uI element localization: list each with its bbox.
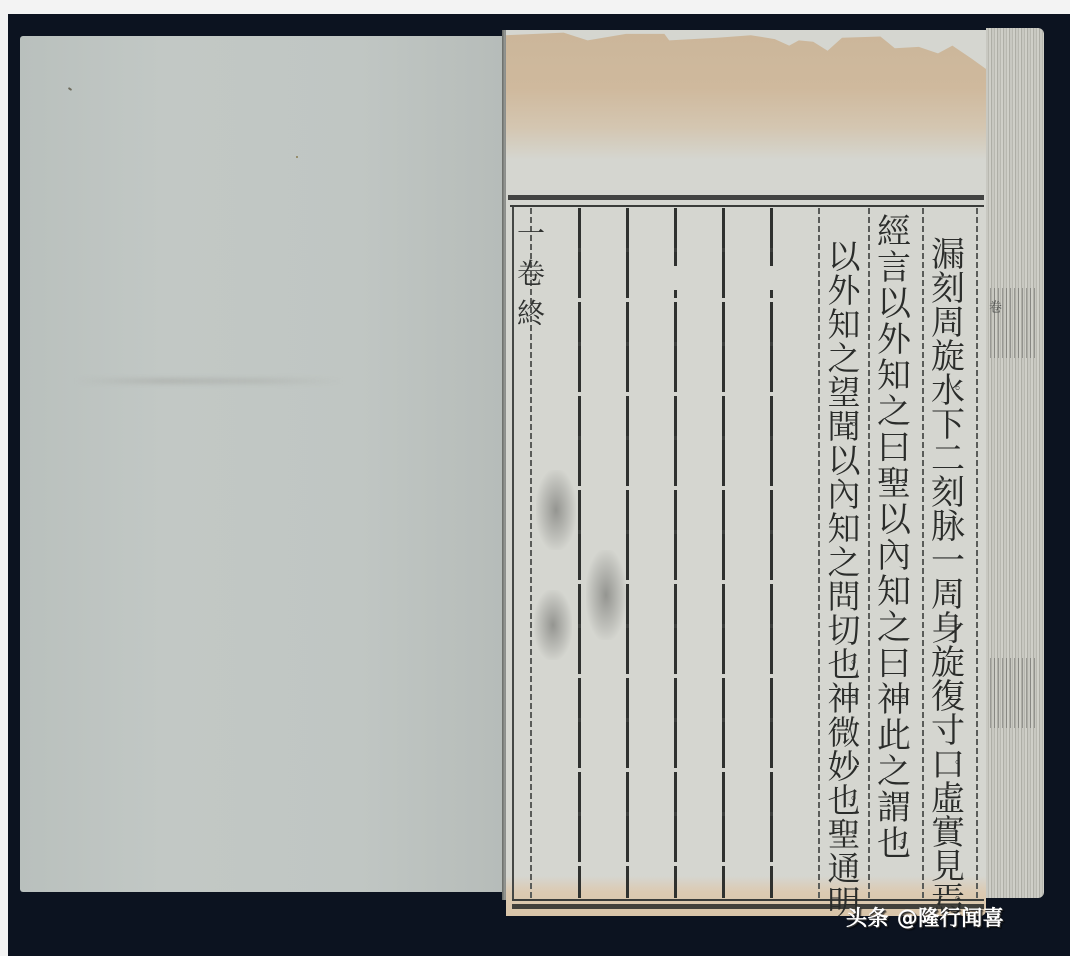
text-char: 言: [874, 250, 914, 286]
page-stack-fore-edge: [986, 28, 1044, 898]
text-char: 通: [824, 852, 864, 886]
text-char: 周: [928, 306, 968, 340]
text-char: 之: [824, 546, 864, 580]
left-blank-page: [20, 36, 504, 892]
paper-speck: [296, 156, 298, 158]
text-char: 寸: [928, 714, 968, 748]
volume-end-char: 一: [517, 214, 545, 254]
text-char: 外: [874, 322, 914, 358]
volume-end-marker: 一 卷 終: [516, 214, 546, 334]
column-rule: [674, 208, 677, 898]
watermark: 头条 @隆行闻喜: [846, 902, 1004, 932]
column-rule: [976, 208, 978, 898]
column-rule: [626, 208, 629, 898]
text-char: 外: [824, 274, 864, 308]
text-char: 旋: [928, 340, 968, 374]
column-rule: [818, 208, 820, 898]
border-left: [512, 207, 514, 901]
text-column-1: 漏 刻 周 旋 水 。 下 二 刻 脉 一 周 身 。 旋 復 寸 口 。 虛 …: [928, 238, 968, 916]
text-char: 虛: [928, 782, 968, 816]
text-column-2: 經 言 以 外 知 之 曰 聖 。 以 內 知 之 曰 神 。 此 之 謂 也 …: [874, 214, 914, 862]
text-char: 此: [874, 718, 914, 754]
text-char: 見: [928, 850, 968, 884]
text-char: 知: [874, 574, 914, 610]
paper-smudge: [75, 378, 345, 384]
text-char: 以: [874, 502, 914, 538]
text-char: 妙: [824, 750, 864, 784]
text-char: 曰: [874, 430, 914, 466]
fore-edge-print-bleed: [990, 658, 1038, 728]
column-rule: [722, 208, 725, 898]
text-char: 實: [928, 816, 968, 850]
text-char: 知: [824, 512, 864, 546]
text-char: 以: [824, 444, 864, 478]
text-char: 刻: [928, 272, 968, 306]
text-char: 之: [874, 394, 914, 430]
text-char: 旋: [928, 646, 968, 680]
text-char: 之: [874, 610, 914, 646]
column-rule: [578, 208, 581, 898]
right-printed-page: 一 卷 終 以 外 知 之 望 聞 。 以 內 知 之 問 切 也 。 神 。 …: [506, 30, 986, 916]
fore-edge-chapter-marker: 卷: [984, 300, 1003, 313]
text-char: 二: [928, 442, 968, 476]
border-bottom-thin: [512, 899, 984, 901]
text-char: 以: [824, 240, 864, 274]
fore-edge-print-bleed: [990, 288, 1038, 358]
text-char: 謂: [874, 790, 914, 826]
text-char: 之: [824, 342, 864, 376]
paper-speck: [68, 87, 72, 91]
text-char: 之: [874, 754, 914, 790]
text-char: 望: [824, 376, 864, 410]
ink-smudge: [536, 470, 576, 550]
text-char: 內: [874, 538, 914, 574]
volume-end-char: 終: [517, 294, 545, 334]
text-char: 問: [824, 580, 864, 614]
ink-smudge: [534, 590, 572, 660]
text-char: 曰: [874, 646, 914, 682]
water-stain-top: [506, 30, 986, 160]
text-char: 以: [874, 286, 914, 322]
text-char: 下: [928, 408, 968, 442]
column-rule: [922, 208, 924, 898]
border-top-thick: [508, 195, 984, 200]
text-char: 一: [928, 544, 968, 578]
text-char: 刻: [928, 476, 968, 510]
volume-end-char: 卷: [517, 254, 545, 294]
text-char: 微: [824, 716, 864, 750]
column-rule: [770, 208, 773, 898]
text-char: 復: [928, 680, 968, 714]
text-char: 內: [824, 478, 864, 512]
text-char: 切: [824, 614, 864, 648]
text-char: 脉: [928, 510, 968, 544]
text-column-3: 以 外 知 之 望 聞 。 以 內 知 之 問 切 也 。 神 。 微 妙 也 …: [824, 240, 864, 916]
text-char: 漏: [928, 238, 968, 272]
text-char: 知: [824, 308, 864, 342]
text-char: 周: [928, 578, 968, 612]
text-char: 經: [874, 214, 914, 250]
text-char: 知: [874, 358, 914, 394]
border-top-thin: [510, 205, 984, 207]
column-rule: [868, 208, 870, 898]
ink-smudge: [586, 550, 626, 640]
